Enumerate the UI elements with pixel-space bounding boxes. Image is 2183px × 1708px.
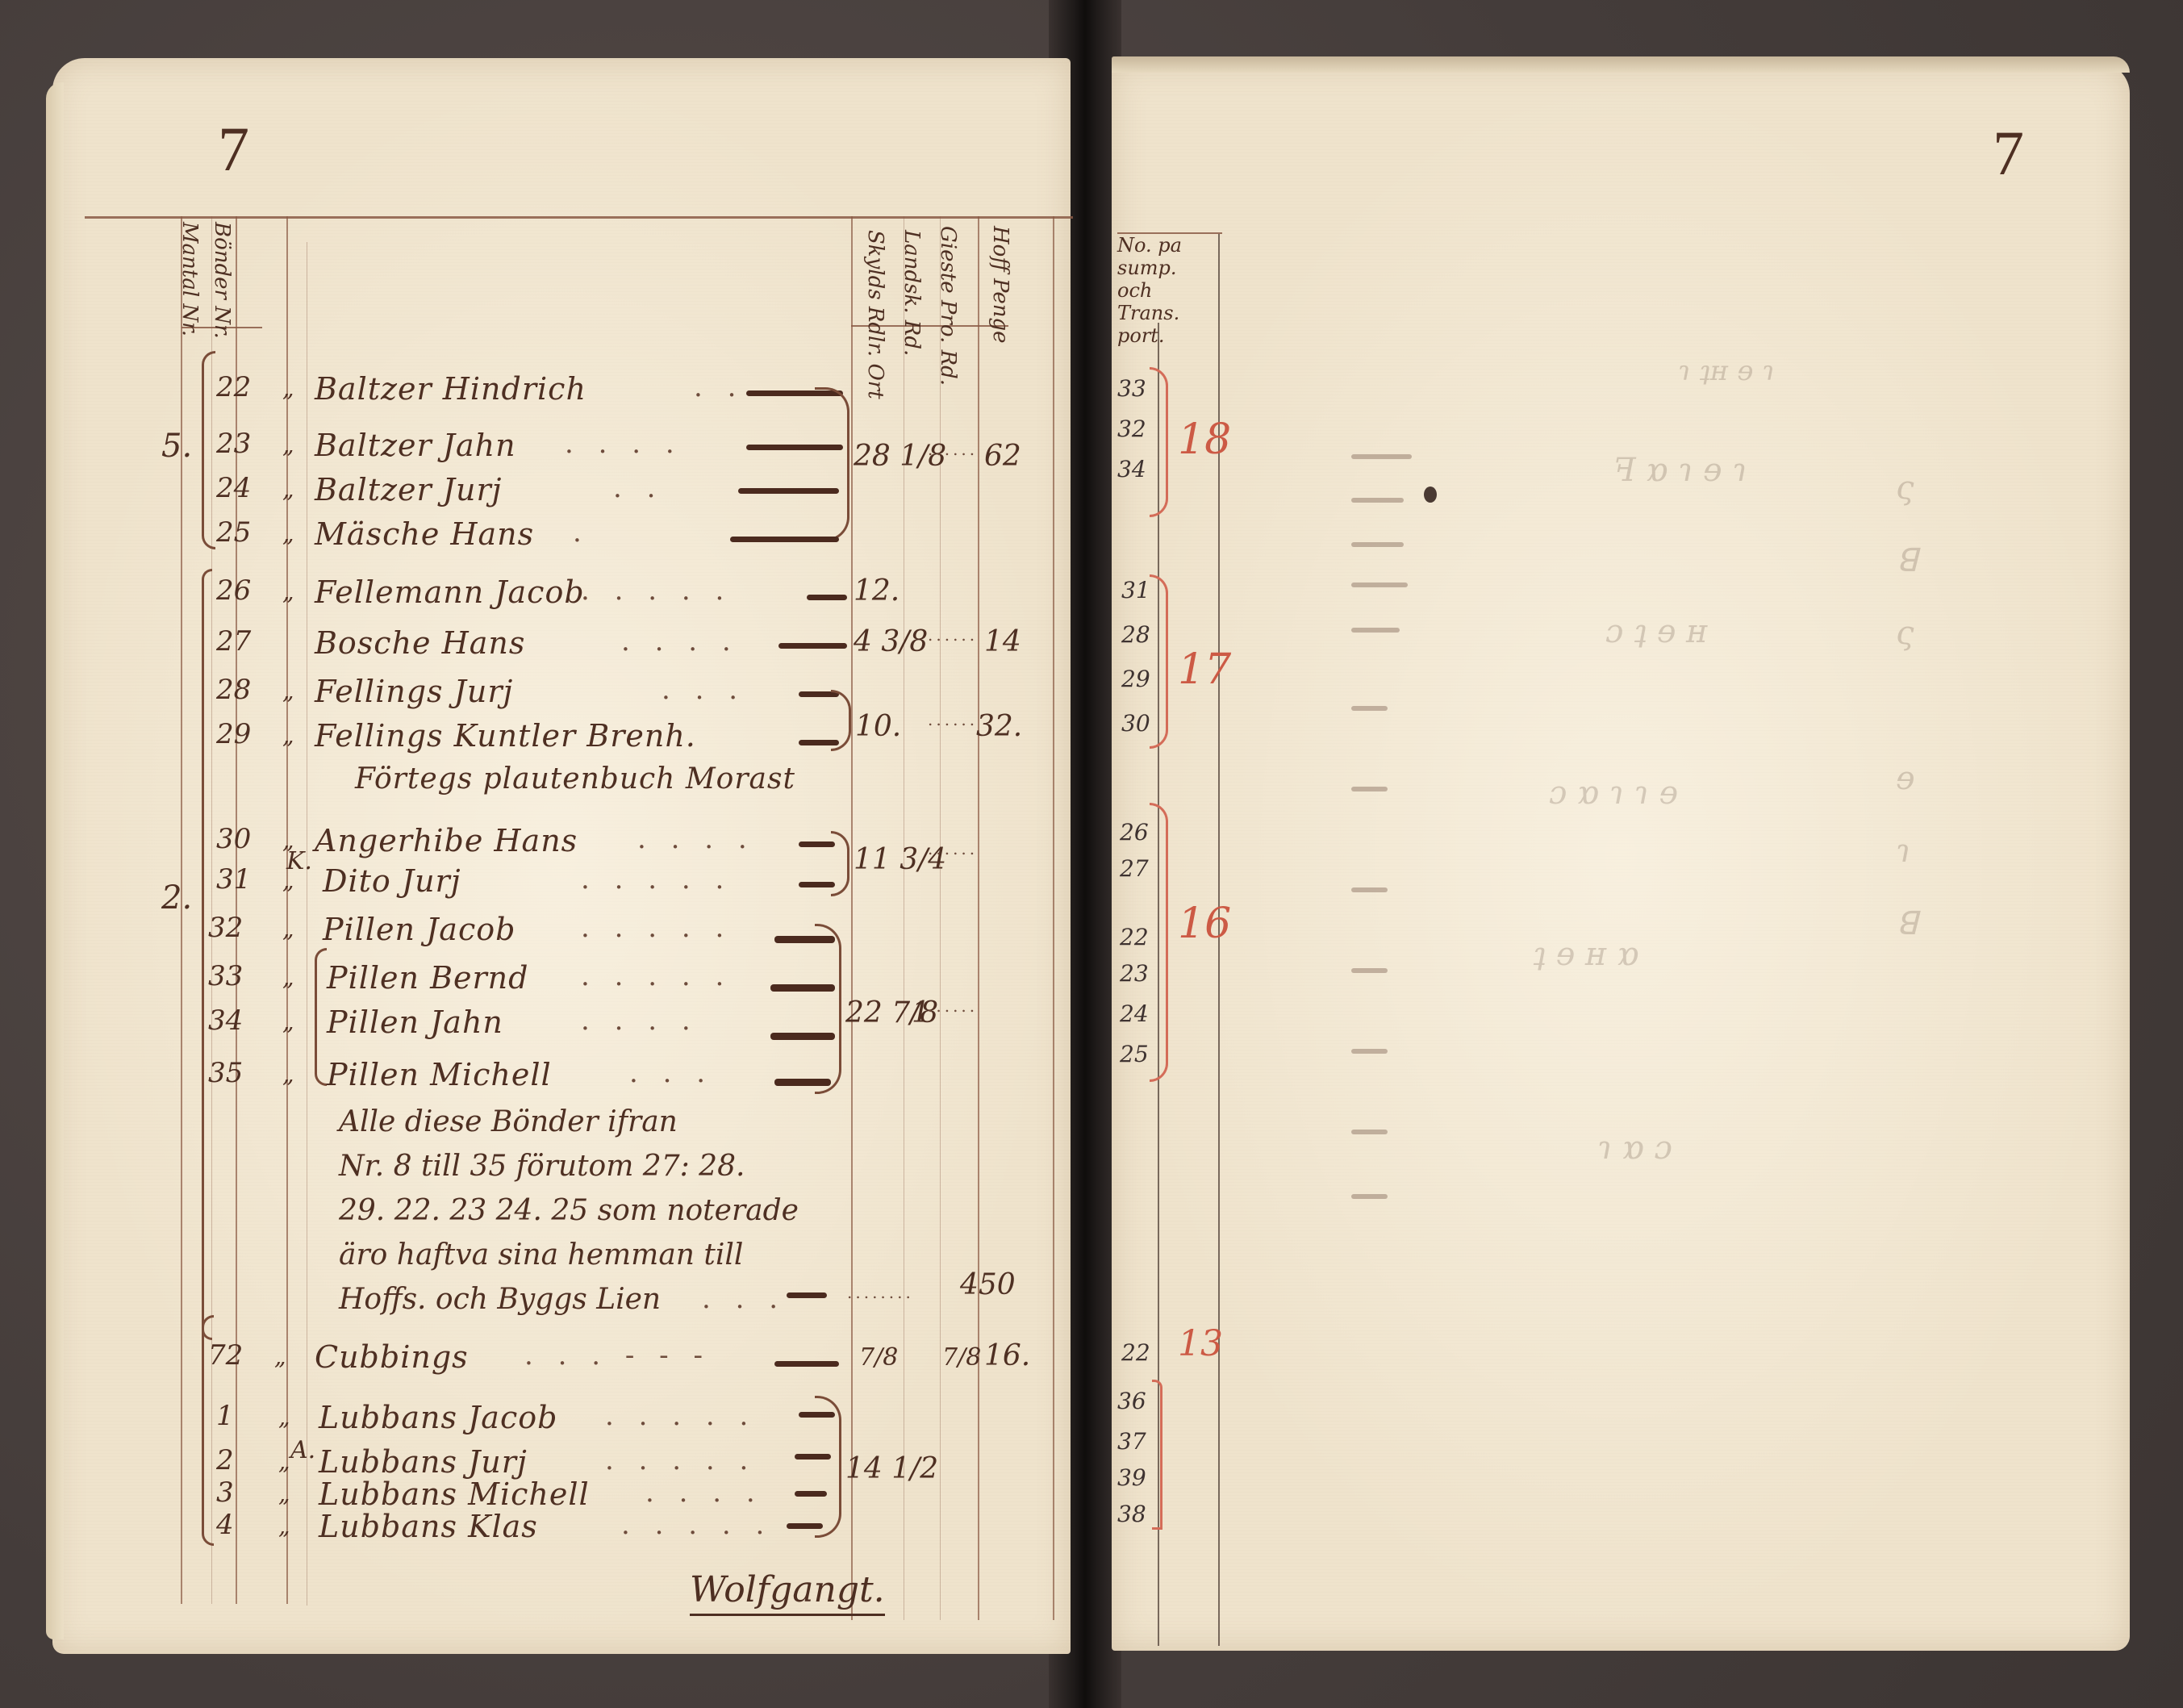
bleed-through-mark: [1351, 1130, 1388, 1134]
ditto-mark: „: [282, 722, 294, 749]
ref-number: 36: [1117, 1388, 1146, 1414]
header-hoff: Hoff Penge: [988, 226, 1012, 344]
farmer-name: Baltzer Hindrich: [315, 371, 586, 407]
left-page-number: 7: [218, 113, 249, 186]
group-total: 17: [1178, 645, 1231, 694]
row-number: 72: [208, 1339, 243, 1372]
entry-dash: [738, 488, 839, 494]
group-label: A.: [290, 1436, 315, 1464]
ditto-mark: „: [278, 1480, 290, 1507]
ref-number: 24: [1120, 1000, 1149, 1027]
ditto-mark: „: [282, 916, 294, 942]
ditto-mark: „: [282, 827, 294, 854]
header-mantal: Mantal Nr.: [177, 222, 202, 336]
group-total: 18: [1178, 416, 1231, 464]
bleed-through-text: ɿ ɒ ɔ: [1597, 1130, 1672, 1167]
farmer-name: Bosche Hans: [315, 625, 525, 661]
share-value-2: 7/8: [942, 1343, 981, 1372]
ref-number: 23: [1120, 960, 1149, 987]
row-number: 1: [216, 1400, 234, 1432]
note-amount: 450: [960, 1268, 1016, 1301]
share-brace: [815, 1396, 841, 1538]
ref-number: 38: [1117, 1501, 1146, 1527]
bleed-through-mark: [1351, 454, 1412, 459]
leader-dots: . . . . .: [621, 1509, 772, 1541]
row-number: 2: [216, 1444, 234, 1476]
bleed-through-mark: [1351, 583, 1408, 587]
row-note: Förtegs plautenbuch Morast: [355, 762, 795, 796]
row-number: 28: [216, 674, 251, 706]
bleed-through-numbers: ς ꓭ ς ɘ ɿ ꓭ: [1896, 452, 1918, 960]
row-number: 34: [208, 1004, 243, 1037]
row-number: 22: [216, 371, 251, 403]
red-brace: [1150, 574, 1168, 749]
farmer-name: Pillen Jahn: [327, 1004, 503, 1040]
note-line: äro haftva sina hemman till: [339, 1238, 743, 1272]
ditto-mark: „: [274, 1343, 286, 1370]
leader-dots: . . . . .: [581, 574, 732, 607]
leader-dots: . . . .: [581, 1004, 699, 1037]
farmer-name: Fellings Jurj: [315, 674, 513, 709]
ditto-mark: „: [282, 678, 294, 704]
ditto-mark: „: [282, 1061, 294, 1088]
farmer-name: Angerhibe Hans: [315, 823, 578, 858]
leader-dots: . . . . .: [605, 1444, 756, 1476]
farmer-name: Cubbings: [315, 1339, 469, 1375]
ref-number: 26: [1120, 819, 1149, 846]
row-group-brace: [202, 351, 215, 549]
share-value: 14 1/2: [845, 1452, 938, 1485]
bleed-through-mark: [1351, 1049, 1388, 1054]
share-brace: [815, 387, 849, 541]
leader-dots: . . . . .: [581, 863, 732, 896]
entry-dash: [787, 1292, 827, 1298]
ditto-mark: „: [282, 578, 294, 605]
ref-number: 31: [1121, 577, 1150, 603]
amount-value: 32.: [976, 710, 1022, 743]
leader-dots: ......: [928, 625, 978, 645]
farmer-name: Baltzer Jahn: [315, 428, 516, 463]
farmer-name: Pillen Jacob: [323, 912, 515, 947]
entry-dash: [795, 1491, 827, 1497]
ditto-mark: „: [282, 520, 294, 547]
entry-dash: [778, 643, 847, 649]
column-rule: [904, 216, 904, 1620]
share-value: 7/8: [859, 1343, 898, 1372]
leader-dots: . . . . .: [581, 912, 732, 944]
ref-number: 30: [1121, 710, 1150, 737]
row-group-brace: [202, 569, 212, 1340]
ditto-mark: „: [282, 867, 294, 894]
red-brace: [1152, 1380, 1162, 1530]
bleed-through-mark: [1351, 887, 1388, 892]
red-brace: [1150, 367, 1168, 517]
bleed-through-text: ꟻ ɒ ɿ ɘ ɿ: [1613, 452, 1747, 489]
amount-value: 62: [984, 440, 1021, 473]
entry-dash: [795, 1454, 831, 1460]
ref-number: 22: [1121, 1339, 1150, 1366]
ditto-mark: „: [278, 1513, 290, 1539]
row-number: 25: [216, 516, 251, 549]
column-rule: [286, 216, 288, 1604]
row-number: 31: [216, 863, 251, 896]
share-value: 10.: [855, 710, 901, 743]
group-label: 2.: [161, 879, 192, 917]
ditto-mark: „: [282, 1009, 294, 1035]
entry-dash: [774, 1079, 831, 1086]
leader-dots: . . . . .: [581, 960, 732, 992]
row-number: 32: [208, 912, 243, 944]
column-rule: [236, 216, 237, 1604]
leader-dots: ......: [928, 996, 978, 1016]
row-number: 33: [208, 960, 243, 992]
leader-dots: . . . - - -: [524, 1339, 711, 1372]
note-line: Alle diese Bönder ifran: [339, 1105, 678, 1138]
note-line: 29. 22. 23 24. 25 som noterade: [339, 1194, 799, 1227]
note-line: Nr. 8 till 35 förutom 27: 28.: [339, 1150, 745, 1183]
farmer-name: Dito Jurj: [323, 863, 461, 899]
ref-number: 29: [1121, 666, 1150, 692]
leader-dots: ......: [928, 440, 978, 459]
bleed-through-mark: [1351, 706, 1388, 711]
red-brace: [1150, 803, 1168, 1082]
bleed-through-mark: [1351, 628, 1400, 633]
farmer-name: Pillen Bernd: [327, 960, 528, 996]
leader-dots: ......: [928, 839, 978, 858]
farmer-name: Baltzer Jurj: [315, 472, 502, 507]
ref-number: 34: [1117, 456, 1146, 482]
farmer-name: Mäsche Hans: [315, 516, 534, 552]
bleed-through-text: ɿ ʇʜ ɘ ɿ: [1678, 355, 1775, 387]
bleed-through-text: ɔ ʇ ɘ ʜ: [1605, 613, 1708, 650]
bleed-through-mark: [1351, 968, 1388, 973]
ref-number: 28: [1121, 621, 1150, 648]
farmer-name: Fellings Kuntler Brenh.: [315, 718, 696, 754]
right-page-number: 7: [1993, 117, 2024, 190]
column-rule: [978, 216, 979, 1620]
farmer-name: Lubbans Michell: [319, 1476, 590, 1512]
ditto-mark: „: [278, 1448, 290, 1475]
column-rule: [851, 216, 853, 1620]
share-brace: [815, 924, 841, 1094]
leader-dots: ........: [847, 1283, 914, 1302]
row-number: 35: [208, 1057, 243, 1089]
row-number: 29: [216, 718, 251, 750]
farmer-name: Lubbans Jurj: [319, 1444, 528, 1480]
amount-value: 16.: [984, 1339, 1030, 1372]
leader-dots: . . . . .: [605, 1400, 756, 1432]
ink-spot: [1424, 487, 1437, 503]
ref-number: 39: [1117, 1464, 1146, 1491]
row-number: 27: [216, 625, 251, 658]
header-skylds: Skylds Rdlr. Ort: [863, 230, 887, 399]
bleed-through-mark: [1351, 787, 1388, 791]
column-rule: [1053, 216, 1054, 1620]
header-landsk: Landsk. Rd.: [899, 230, 924, 356]
entry-dash: [774, 1361, 839, 1367]
leader-dots: . . .: [662, 674, 745, 706]
margin-header: No. pa sump. och Trans. port.: [1117, 234, 1214, 347]
note-line: Hoffs. och Byggs Lien: [339, 1283, 661, 1316]
ditto-mark: „: [282, 375, 294, 402]
bleed-through-mark: [1351, 542, 1404, 547]
ref-number: 22: [1120, 924, 1149, 950]
bleed-through-mark: [1351, 498, 1404, 503]
entry-dash: [799, 841, 835, 847]
entry-dash: [770, 984, 835, 992]
share-value: 4 3/8: [854, 625, 928, 658]
signature: Wolfgangt.: [690, 1569, 885, 1616]
ditto-mark: „: [282, 432, 294, 458]
header-gieste: Gieste Pro. Rd.: [936, 226, 960, 386]
ref-number: 33: [1117, 375, 1146, 402]
entry-dash: [787, 1523, 823, 1529]
column-rule: [307, 242, 307, 1606]
row-number: 26: [216, 574, 251, 607]
ref-number: 27: [1120, 855, 1149, 882]
group-label: 5.: [161, 428, 192, 465]
entry-dash: [730, 537, 839, 542]
farmer-name: Fellemann Jacob: [315, 574, 585, 610]
row-number: 30: [216, 823, 251, 855]
entry-dash: [799, 882, 835, 887]
farmer-name: Lubbans Klas: [319, 1509, 538, 1544]
ref-number: 37: [1117, 1428, 1146, 1455]
bleed-through-mark: [1351, 1194, 1388, 1199]
bleed-through-text: ɔ ɒ ɿ ɿ ɘ: [1549, 775, 1678, 812]
farmer-name: Pillen Michell: [327, 1057, 552, 1092]
right-page: [1112, 63, 2130, 1651]
bleed-through-text: ʇ ɘ ʜ ɒ: [1533, 936, 1639, 973]
row-number: 23: [216, 428, 251, 460]
leader-dots: ......: [928, 710, 978, 729]
entry-dash: [770, 1033, 835, 1040]
amount-value: 14: [984, 625, 1021, 658]
leader-dots: . .: [694, 371, 744, 403]
farmer-name: Lubbans Jacob: [319, 1400, 557, 1435]
group-total: 16: [1178, 900, 1231, 948]
leader-dots: . .: [613, 472, 663, 504]
leader-dots: . . . .: [637, 823, 755, 855]
row-number: 3: [216, 1476, 234, 1509]
group-total: 13: [1178, 1323, 1223, 1364]
column-rule: [940, 216, 941, 1620]
header-top-rule: [85, 216, 1073, 219]
leader-dots: . . . .: [645, 1476, 763, 1509]
ditto-mark: „: [282, 964, 294, 991]
ditto-mark: „: [278, 1404, 290, 1430]
entry-dash: [807, 595, 847, 600]
row-number: 4: [216, 1509, 234, 1541]
leader-dots: . . . .: [565, 428, 682, 460]
leader-dots: . . . .: [621, 625, 739, 658]
header-bonder: Bönder Nr.: [210, 222, 234, 339]
leader-dots: .: [573, 516, 590, 549]
share-value: 12.: [854, 574, 899, 608]
name-brace: [315, 948, 327, 1086]
leader-dots: . . .: [629, 1057, 713, 1089]
ref-number: 32: [1117, 416, 1146, 442]
row-number: 24: [216, 472, 251, 504]
ditto-mark: „: [282, 476, 294, 503]
ref-number: 25: [1120, 1041, 1149, 1067]
leader-dots: . . .: [702, 1283, 786, 1315]
